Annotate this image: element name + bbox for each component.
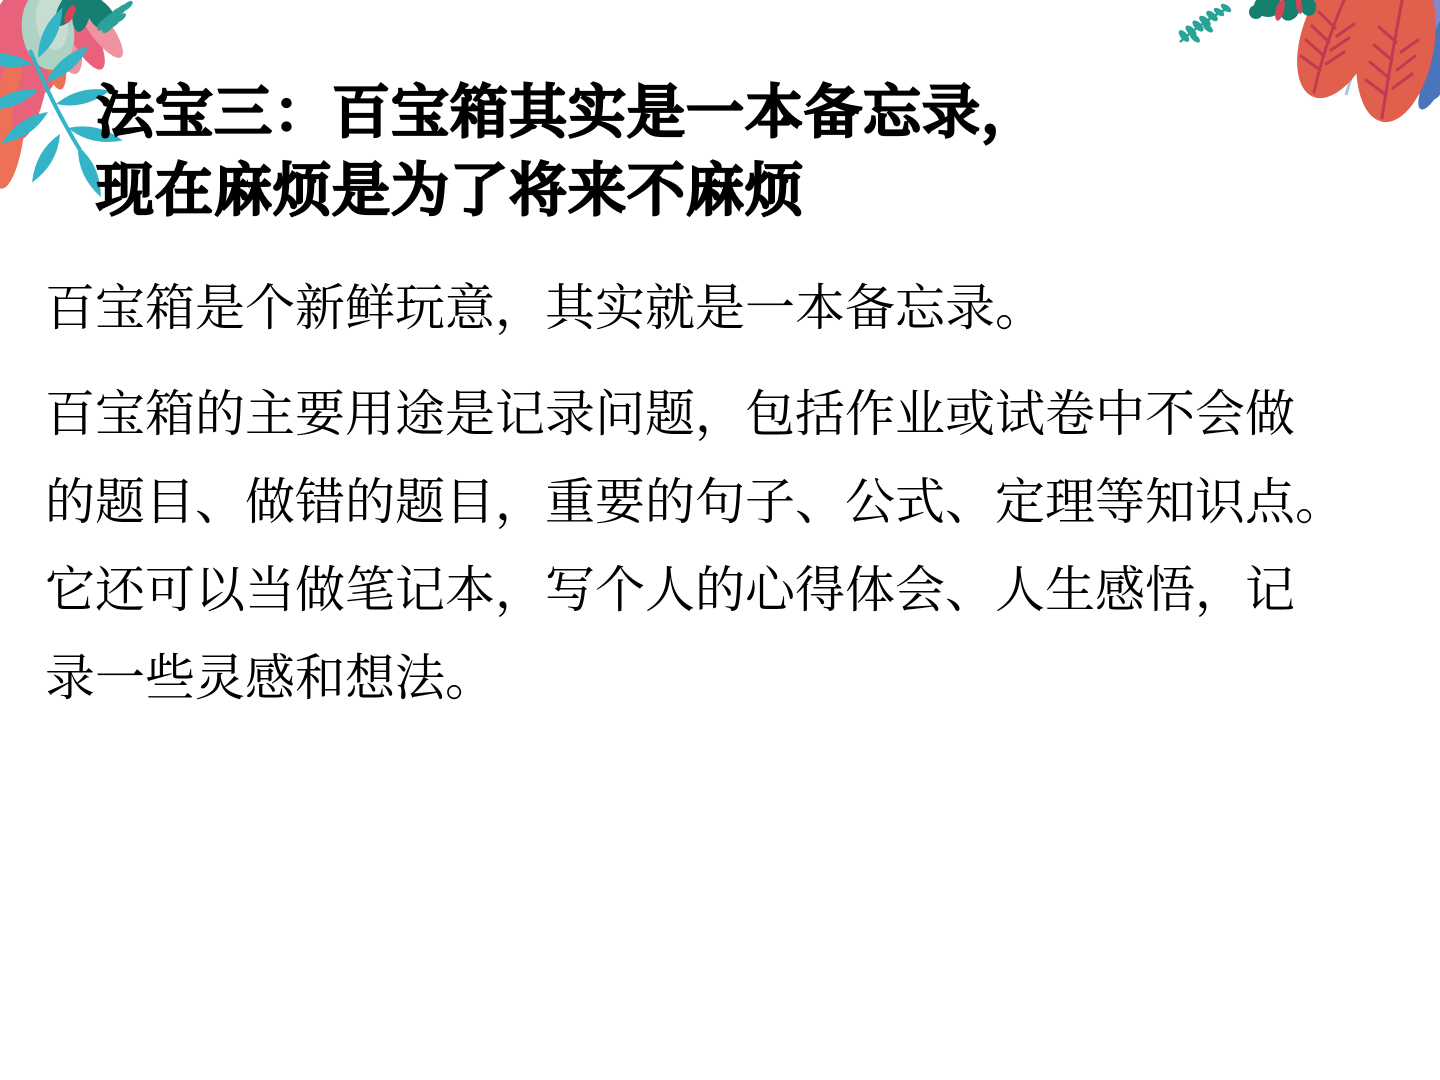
text-line: 百宝箱的主要用途是记录问题，包括作业或试卷中不会做 [45,370,1415,458]
teal-fern [95,0,134,35]
sage-petal [17,0,80,73]
floral-decoration-top-right [1168,0,1440,132]
periwinkle-leaf [1393,0,1440,84]
coral-leaf-left [1280,0,1401,110]
text-line: 录一些灵感和想法。 [45,634,1415,722]
dark-teal-flower [50,0,119,33]
title-line-1: 法宝三：百宝箱其实是一本备忘录， [96,74,1040,152]
blue-feather-leaf [1386,17,1440,113]
title-line-2: 现在麻烦是为了将来不麻烦 [96,152,1040,230]
dark-green-leaves [1249,0,1318,24]
text-line: 它还可以当做笔记本，写个人的心得体会、人生感悟，记 [45,546,1415,634]
slide-background: 法宝三：百宝箱其实是一本备忘录， 现在麻烦是为了将来不麻烦 百宝箱是个新鲜玩意，… [0,0,1440,1080]
text-line: 的题目、做错的题目，重要的句子、公式、定理等知识点。 [45,458,1415,546]
coral-leaf-right [1345,0,1440,128]
light-blue-stems [1318,22,1368,95]
slide-title: 法宝三：百宝箱其实是一本备忘录， 现在麻烦是为了将来不麻烦 [96,74,1040,230]
paragraph-1: 百宝箱是个新鲜玩意，其实就是一本备忘录。 [45,264,1415,352]
slide-body: 百宝箱是个新鲜玩意，其实就是一本备忘录。 百宝箱的主要用途是记录问题，包括作业或… [45,264,1415,722]
text-line: 百宝箱是个新鲜玩意，其实就是一本备忘录。 [45,280,1045,336]
teal-fern-right [1177,2,1233,44]
